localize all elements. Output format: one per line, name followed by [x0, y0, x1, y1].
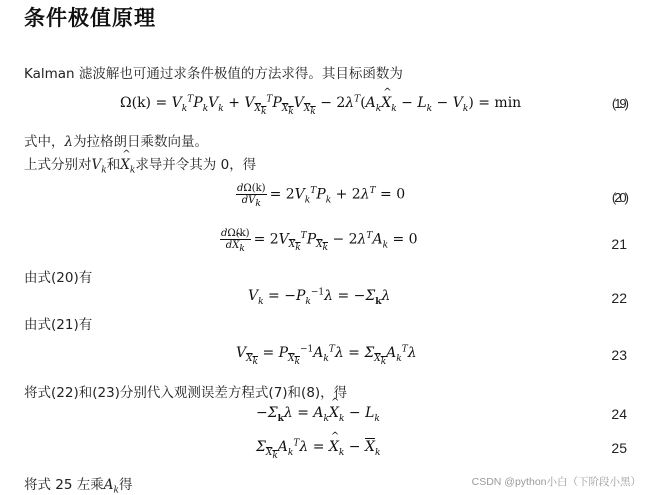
- last-paragraph: 将式 25 左乘Ak得: [24, 473, 132, 493]
- substitute-paragraph: 将式(22)和(23)分别代入观测误差方程式(7)和(8)，得: [24, 381, 347, 401]
- from-eq21-paragraph: 由式(21)有: [24, 313, 92, 333]
- where-suffix: 为拉格朗日乘数向量。: [73, 134, 208, 150]
- last-suffix: 得: [119, 477, 133, 493]
- where-paragraph: 式中，λ为拉格朗日乘数向量。: [24, 130, 208, 150]
- equation-19: Ω(k) = VkTPkVk + VXkTPXkVXk − 2λT(AkXk −…: [120, 95, 521, 112]
- equation-number-24: 24: [611, 406, 627, 422]
- equation-24: −Σkλ = AkXk − Lk: [256, 405, 380, 421]
- equation-25: ΣXkAkTλ = Xk − Xk: [256, 439, 380, 456]
- derive-prefix: 上式分别对: [24, 157, 92, 173]
- equation-number-22: 22: [611, 290, 627, 306]
- derive-suffix: 求导并令其为 0，得: [135, 157, 256, 173]
- equation-number-23: 23: [611, 347, 627, 363]
- derive-mid: 和: [107, 157, 121, 173]
- equation-number-20: (20): [612, 190, 627, 205]
- equation-21: dΩ(k)dXk= 2VXkTPXk − 2λTAk = 0: [220, 228, 418, 251]
- intro-paragraph: Kalman 滤波解也可通过求条件极值的方法求得。其目标函数为: [24, 62, 403, 82]
- lambda-symbol: λ: [65, 134, 74, 150]
- equation-23: VXk = PXk−1AkTλ = ΣXkAkTλ: [236, 345, 417, 362]
- equation-22: Vk = −Pk−1λ = −Σkλ: [248, 288, 390, 304]
- last-prefix: 将式 25 左乘: [24, 477, 104, 493]
- from-eq20-paragraph: 由式(20)有: [24, 266, 92, 286]
- equation-number-21: 21: [611, 236, 627, 252]
- where-prefix: 式中，: [24, 134, 65, 150]
- derive-paragraph: 上式分别对Vk和Xk求导并令其为 0，得: [24, 153, 256, 173]
- equation-number-25: 25: [611, 440, 627, 456]
- equation-number-19: (19): [612, 96, 627, 111]
- equation-20: dΩ(k)dVk= 2VkTPk + 2λT = 0: [236, 183, 405, 206]
- csdn-watermark: CSDN @python小白（下阶段小黑）: [472, 474, 641, 489]
- section-title: 条件极值原理: [24, 2, 156, 32]
